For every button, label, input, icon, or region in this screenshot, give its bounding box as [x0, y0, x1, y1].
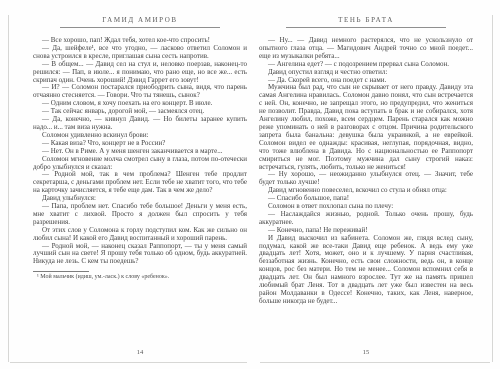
right-page-text: — Ну... — Давид немного растерялся, что …	[259, 37, 473, 306]
paragraph: — И? — Соломон постарался приободрить сы…	[33, 84, 247, 100]
left-page-number: 14	[33, 349, 247, 356]
footnote-rule	[33, 271, 89, 272]
paragraph: — Да, шейфеле¹, все что угодно, — ласков…	[33, 45, 247, 61]
paragraph: — Родной мой, — наконец сказал Раппопорт…	[33, 243, 247, 267]
right-page-number: 15	[259, 349, 473, 356]
paragraph: И Давид выскочил из кабинета. Соломон же…	[259, 235, 473, 306]
right-header-title: ТЕНЬ БРАТА	[259, 16, 473, 24]
paragraph: — Ну хорошо, — неожиданно улыбнулся отец…	[259, 171, 473, 187]
paragraph: — Ну... — Давид немного растерялся, что …	[259, 37, 473, 61]
paragraph: — Папа, проблем нет. Спасибо тебе большо…	[33, 203, 247, 227]
footnote-block: ¹ Мой мальчик (идиш, ум.-ласк.) к слову …	[33, 271, 247, 281]
paragraph: — Родной мой, так в чем проблема? Шенген…	[33, 171, 247, 195]
paragraph: Соломон мгновение молча смотрел сыну в г…	[33, 156, 247, 172]
paragraph: — Да, конечно, — кивнул Давид. — Но биле…	[33, 116, 247, 132]
left-page-text: — Все хорошо, пап! Ждал тебя, хотел кое-…	[33, 37, 247, 266]
paragraph: От этих слов у Соломона к горлу подступи…	[33, 227, 247, 243]
footnote-text: ¹ Мой мальчик (идиш, ум.-ласк.) к слову …	[33, 274, 247, 281]
left-page: ГАМИД АМИРОВ — Все хорошо, пап! Ждал теб…	[33, 0, 247, 369]
right-header-rule	[286, 27, 446, 28]
right-page: ТЕНЬ БРАТА — Ну... — Давид немного расте…	[259, 0, 473, 369]
left-header-rule	[60, 27, 220, 28]
scan-edge-right	[492, 15, 493, 362]
book-spread: ГАМИД АМИРОВ — Все хорошо, пап! Ждал теб…	[0, 0, 500, 369]
left-running-head: ГАМИД АМИРОВ	[33, 16, 247, 28]
paragraph: — В общем... — Давид сел на стул и, нело…	[33, 61, 247, 85]
paragraph: Мужчина был рад, что сын не скрывает от …	[259, 84, 473, 171]
right-running-head: ТЕНЬ БРАТА	[259, 16, 473, 28]
left-header-title: ГАМИД АМИРОВ	[33, 16, 247, 24]
scan-edge-left	[8, 15, 9, 362]
paragraph: — Наслаждайся жизнью, родной. Только оче…	[259, 211, 473, 227]
